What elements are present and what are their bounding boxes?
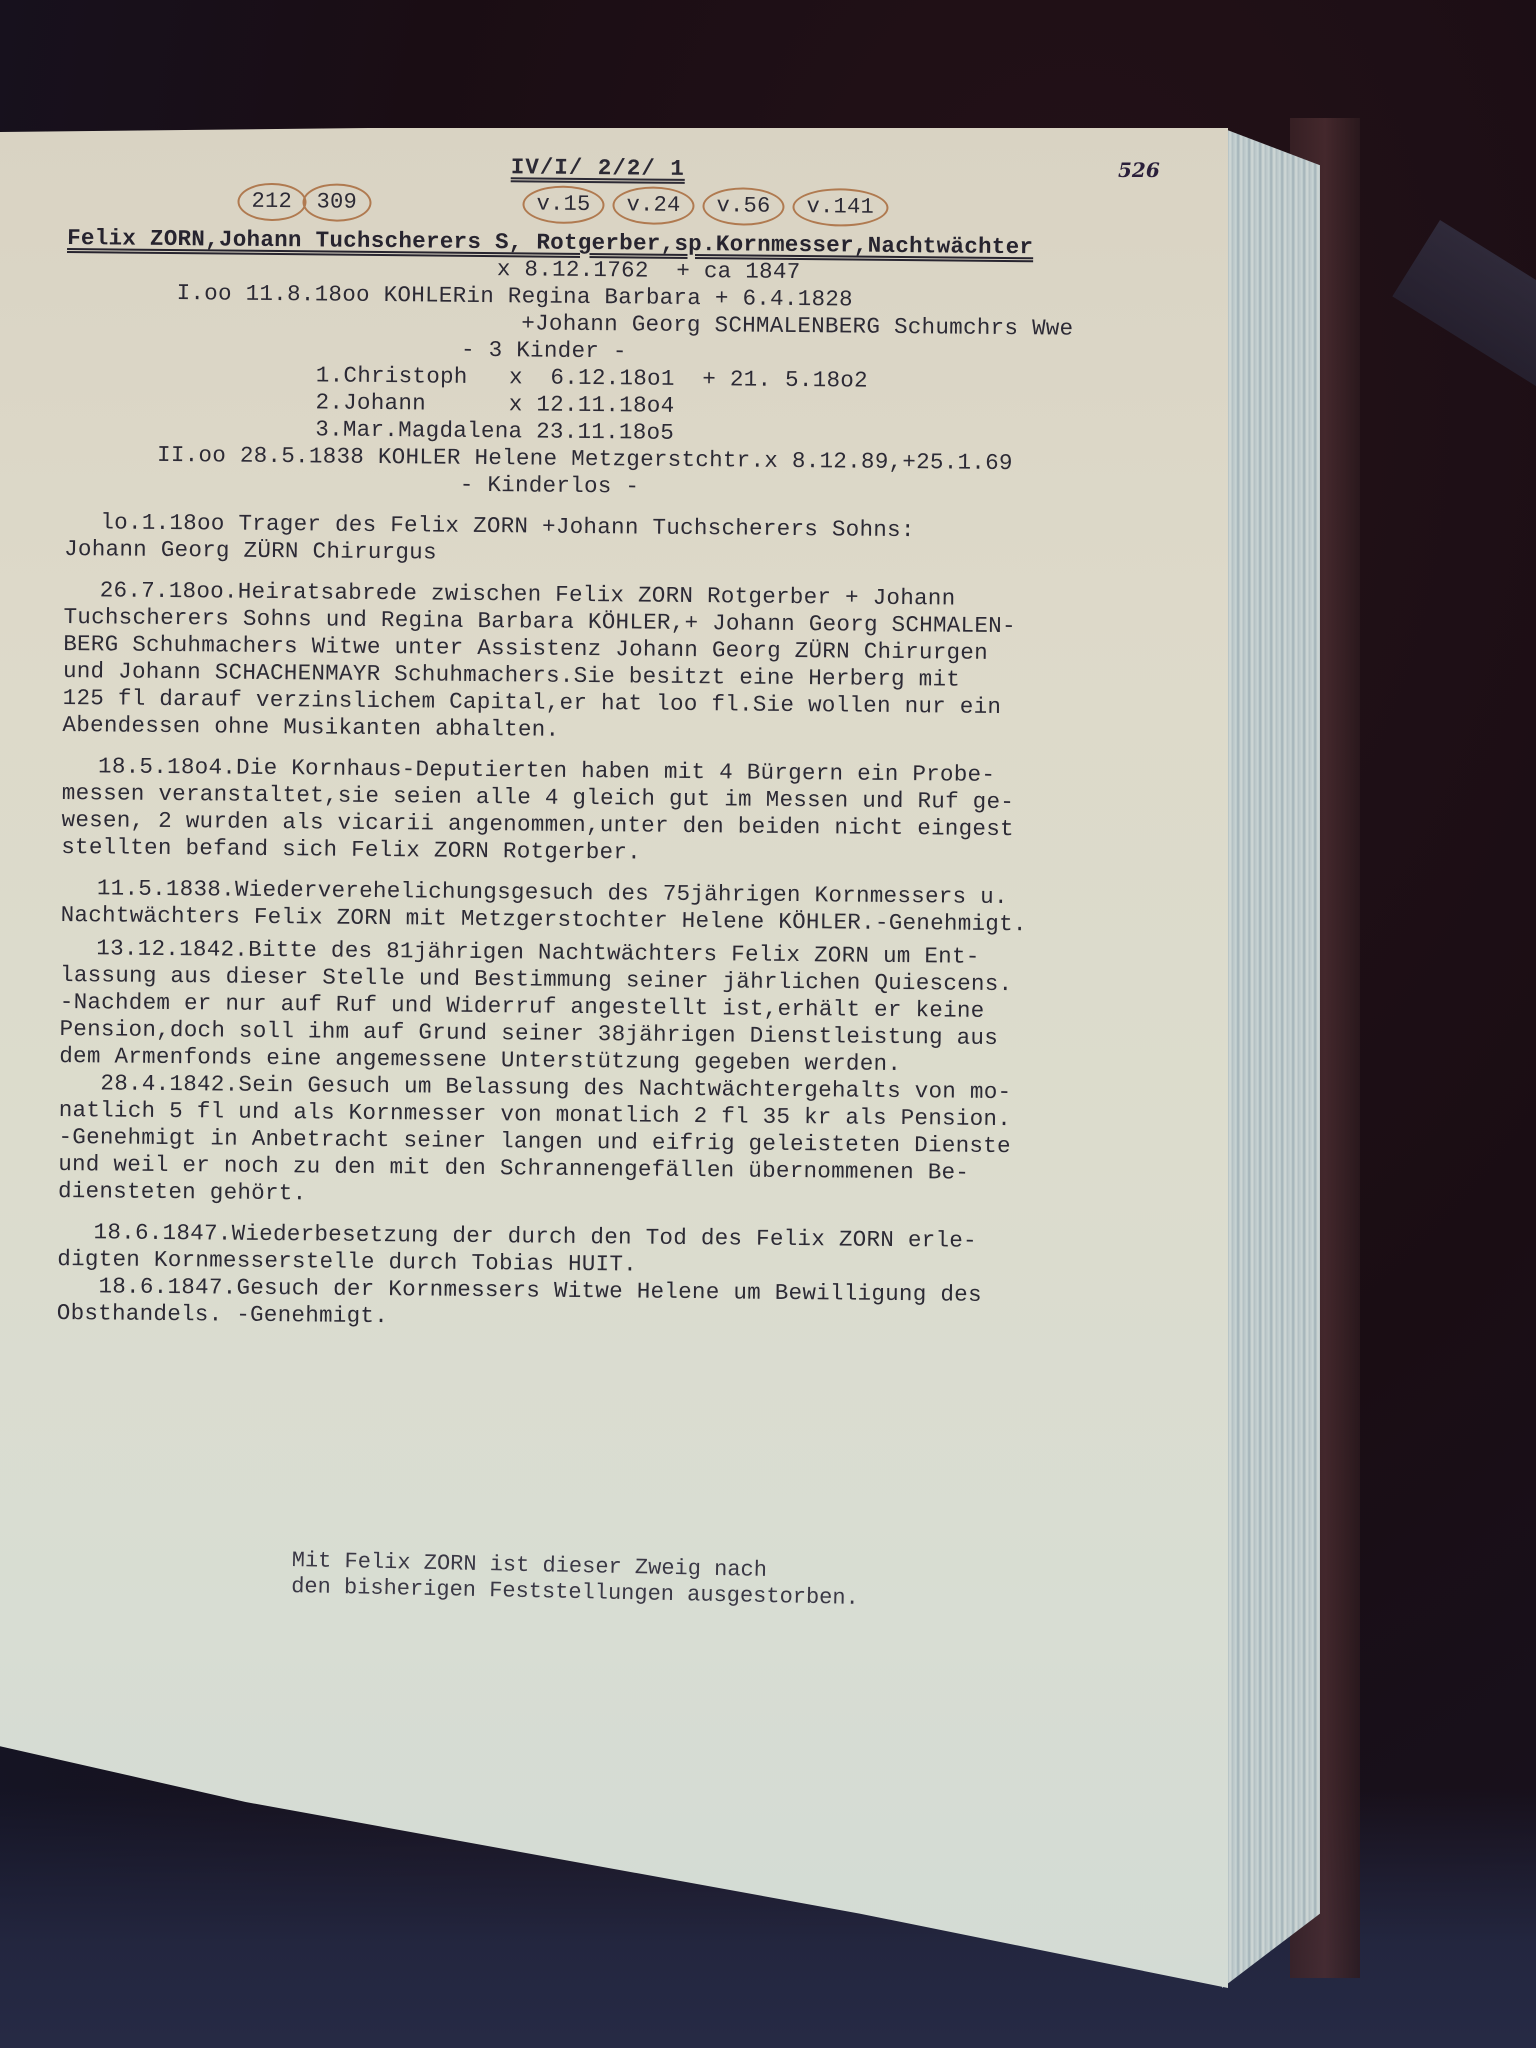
typewritten-record: IV/I/ 2/2/ 1 212 309 v.15 v.24 v.56 v.14… [57, 150, 1218, 1338]
book-page-edges [1222, 128, 1320, 1988]
circled-ref: 309 [302, 183, 371, 222]
record-entry: 11.5.1838.Wiederverehelichungsgesuch des… [61, 875, 1211, 940]
record-entry: lo.1.18oo Trager des Felix ZORN +Johann … [64, 509, 1214, 574]
circled-ref: 212 [237, 183, 306, 222]
circled-ref: v.56 [702, 187, 784, 226]
record-entry: 26.7.18oo.Heiratsabrede zwischen Felix Z… [62, 577, 1214, 750]
circled-ref: v.141 [792, 188, 888, 227]
circled-references: 212 309 v.15 v.24 v.56 v.141 [67, 181, 1217, 232]
record-entry: 18.5.18o4.Die Kornhaus-Deputierten haben… [61, 753, 1212, 872]
background-object [1392, 220, 1536, 402]
record-entry: 18.6.1847.Wiederbesetzung der durch den … [57, 1219, 1208, 1338]
circled-ref: v.15 [522, 185, 604, 224]
record-entry: 13.12.1842.Bitte des 81jährigen Nachtwäc… [58, 935, 1211, 1216]
circled-ref: v.24 [612, 186, 694, 225]
